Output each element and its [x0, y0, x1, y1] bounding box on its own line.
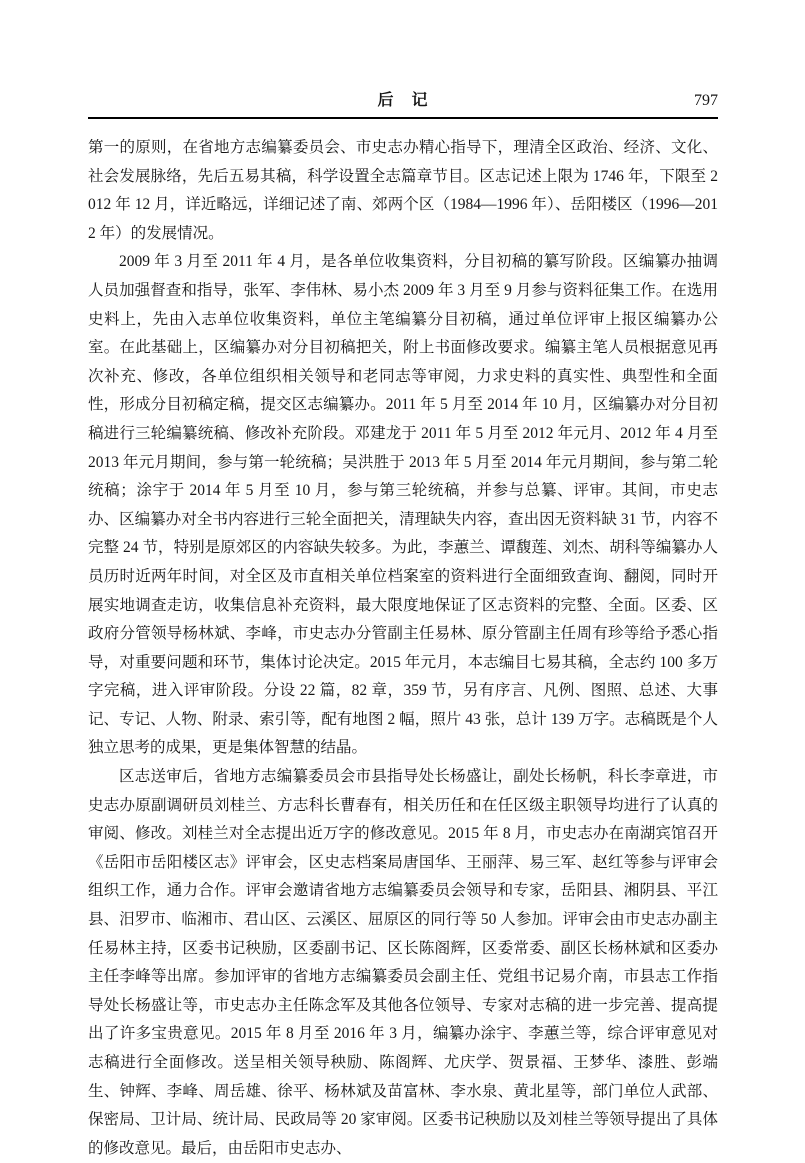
paragraph-continuation: 第一的原则，在省地方志编纂委员会、市史志办精心指导下，理清全区政治、经济、文化、… — [88, 134, 718, 248]
running-head-title: 后 记 — [88, 90, 718, 112]
paragraph-review-stage: 区志送审后，省地方志编纂委员会市县指导处长杨盛让，副处长杨帆，科长李章进，市史志… — [88, 763, 718, 1163]
page-header: 后 记 797 — [88, 90, 718, 119]
header-row: 后 记 797 — [88, 90, 718, 112]
book-page: 后 记 797 第一的原则，在省地方志编纂委员会、市史志办精心指导下，理清全区政… — [0, 0, 805, 1099]
page-body: 第一的原则，在省地方志编纂委员会、市史志办精心指导下，理清全区政治、经济、文化、… — [88, 134, 718, 1163]
page-number: 797 — [694, 90, 718, 112]
header-rule — [88, 117, 718, 119]
paragraph-compilation-stage: 2009 年 3 月至 2011 年 4 月，是各单位收集资料，分目初稿的纂写阶… — [88, 248, 718, 763]
